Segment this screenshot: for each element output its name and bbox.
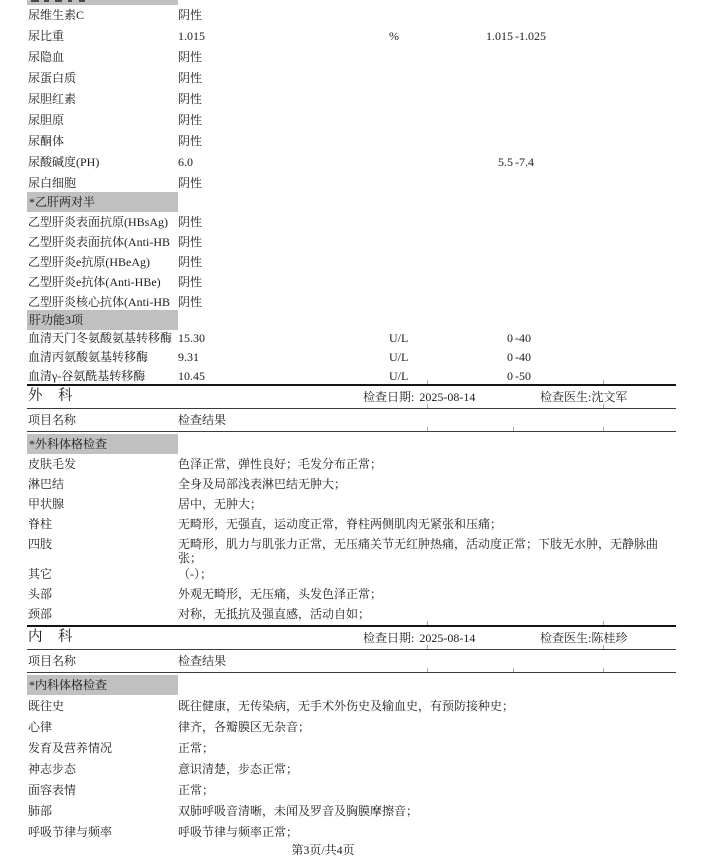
test-ref-high: -40 <box>513 329 531 348</box>
lab-test-row: 尿胆原 阴性 <box>0 110 702 131</box>
section-divider <box>27 384 676 386</box>
lab-test-row: 尿隐血 阴性 <box>0 47 702 68</box>
test-unit <box>385 47 478 68</box>
test-ref-high <box>513 272 515 292</box>
lab-test-row: 乙型肝炎e抗体(Anti-HBe) 阴性 <box>0 272 702 292</box>
lab-test-row: 乙型肝炎e抗原(HBeAg) 阴性 <box>0 252 702 272</box>
test-ref-low <box>478 272 513 292</box>
exam-item-result: 无畸形，无强直，运动度正常，脊柱两侧肌肉无紧张和压痛； <box>178 518 676 535</box>
test-ref-high <box>513 5 515 26</box>
lab-test-row: 尿蛋白质 阴性 <box>0 68 702 89</box>
column-item-name: 项目名称 <box>28 651 178 671</box>
test-ref-low <box>478 292 513 312</box>
test-name: 尿酸碱度(PH) <box>28 152 178 173</box>
exam-item-row: 发育及营养情况 正常； <box>0 738 702 759</box>
exam-item-result: 正常； <box>178 742 676 759</box>
exam-item-name: 既往史 <box>28 700 178 717</box>
test-result: 阴性 <box>178 272 385 292</box>
test-result: 15.30 <box>178 329 385 348</box>
test-ref-high <box>513 47 515 68</box>
column-headers: 项目名称 检查结果 <box>0 651 702 671</box>
test-ref-high <box>513 232 515 252</box>
lab-test-row: 尿比重 1.015 % 1.015 -1.025 <box>0 26 702 47</box>
test-unit <box>385 68 478 89</box>
test-result: 阴性 <box>178 232 385 252</box>
test-unit: % <box>385 26 478 47</box>
test-unit: U/L <box>385 348 478 367</box>
test-ref-high <box>513 292 515 312</box>
test-unit <box>385 272 478 292</box>
test-ref-low <box>478 232 513 252</box>
lab-test-row: 血清丙氨酸氨基转移酶 9.31 U/L 0 -40 <box>0 348 702 367</box>
test-unit <box>385 173 478 194</box>
lab-test-row: 尿白细胞 阴性 <box>0 173 702 194</box>
test-name: 血清丙氨酸氨基转移酶 <box>28 348 178 367</box>
test-ref-low <box>478 131 513 152</box>
lab-test-row: 尿酸碱度(PH) 6.0 5.5 -7.4 <box>0 152 702 173</box>
test-name: 尿胆红素 <box>28 89 178 110</box>
exam-doctor-name: 陈桂珍 <box>591 631 627 645</box>
test-ref-low <box>478 173 513 194</box>
exam-item-result: 既往健康，无传染病，无手术外伤史及输血史，有预防接种史； <box>178 700 676 717</box>
exam-item-row: 既往史 既往健康，无传染病，无手术外伤史及输血史，有预防接种史； <box>0 696 702 717</box>
test-unit <box>385 292 478 312</box>
test-unit <box>385 131 478 152</box>
exam-item-result: 正常； <box>178 784 676 801</box>
test-ref-high <box>513 173 515 194</box>
test-unit <box>385 152 478 173</box>
test-name: 乙型肝炎表面抗体(Anti-HB <box>28 232 178 252</box>
test-result: 阴性 <box>178 131 385 152</box>
exam-item-result: 色泽正常，弹性良好；毛发分布正常； <box>178 458 676 475</box>
liver-test-rows: 血清天门冬氨酸氨基转移酶 15.30 U/L 0 -40 血清丙氨酸氨基转移酶 … <box>0 329 702 386</box>
test-ref-low <box>478 252 513 272</box>
section-title: 外 科 <box>28 386 73 406</box>
exam-item-row: 颈部 对称，无抵抗及强直感，活动自如； <box>0 605 702 625</box>
exam-item-name: 头部 <box>28 588 178 605</box>
surgery-section-header: 外 科 检查日期:2025-08-14 检查医生:沈文军 <box>0 387 702 407</box>
lab-test-row: 乙型肝炎表面抗体(Anti-HB 阴性 <box>0 232 702 252</box>
group-header-surgery-physical-exam: *外科体格检查 <box>27 434 178 454</box>
section-title: 内 科 <box>28 627 73 647</box>
test-ref-low <box>478 68 513 89</box>
internal-section-header: 内 科 检查日期:2025-08-14 检查医生:陈桂珍 <box>0 628 702 648</box>
test-unit <box>385 5 478 26</box>
test-result: 9.31 <box>178 348 385 367</box>
test-ref-high <box>513 89 515 110</box>
exam-date-label: 检查日期: <box>363 631 414 645</box>
exam-item-row: 面容表情 正常； <box>0 780 702 801</box>
exam-date: 检查日期:2025-08-14 <box>363 628 475 648</box>
test-name: 乙型肝炎表面抗原(HBsAg) <box>28 212 178 232</box>
test-ref-high: -7.4 <box>513 152 534 173</box>
test-result: 阴性 <box>178 252 385 272</box>
exam-doctor-label: 检查医生: <box>540 631 591 645</box>
test-result: 阴性 <box>178 292 385 312</box>
exam-item-name: 淋巴结 <box>28 478 178 495</box>
exam-doctor-label: 检查医生: <box>540 390 591 404</box>
exam-item-result: 外观无畸形，无压痛，头发色泽正常； <box>178 588 676 605</box>
exam-item-result: 双肺呼吸音清晰，未闻及罗音及胸膜摩擦音； <box>178 805 676 822</box>
lab-test-row: 尿维生素C 阴性 <box>0 5 702 26</box>
lab-test-row: 尿酮体 阴性 <box>0 131 702 152</box>
test-ref-high <box>513 131 515 152</box>
test-name: 乙型肝炎e抗体(Anti-HBe) <box>28 272 178 292</box>
test-name: 尿胆原 <box>28 110 178 131</box>
urine-test-rows: 尿维生素C 阴性 尿比重 1.015 % 1.015 -1.025 尿隐血 <box>0 5 702 194</box>
test-unit: U/L <box>385 329 478 348</box>
group-header-internal-physical-exam: *内科体格检查 <box>27 675 178 695</box>
hepatitis-test-rows: 乙型肝炎表面抗原(HBsAg) 阴性 乙型肝炎表面抗体(Anti-HB 阴性 乙… <box>0 212 702 312</box>
test-ref-low: 5.5 <box>478 152 513 173</box>
column-header-divider <box>27 672 676 673</box>
test-unit <box>385 110 478 131</box>
exam-item-result: 无畸形，肌力与肌张力正常，无压痛关节无红肿热痛，活动度正常；下肢无水肿，无静脉曲… <box>178 538 676 565</box>
exam-item-result: 律齐，各瓣膜区无杂音； <box>178 721 676 738</box>
test-name: 尿酮体 <box>28 131 178 152</box>
exam-item-result: 居中，无肿大； <box>178 498 676 515</box>
exam-item-row: 心律 律齐，各瓣膜区无杂音； <box>0 717 702 738</box>
test-result: 阴性 <box>178 212 385 232</box>
test-unit <box>385 89 478 110</box>
test-ref-high <box>513 110 515 131</box>
lab-test-row: 乙型肝炎核心抗体(Anti-HB 阴性 <box>0 292 702 312</box>
exam-item-row: 四肢 无畸形，肌力与肌张力正常，无压痛关节无红肿热痛，活动度正常；下肢无水肿，无… <box>0 535 702 565</box>
exam-item-name: 发育及营养情况 <box>28 742 178 759</box>
exam-item-row: 脊柱 无畸形，无强直，运动度正常，脊柱两侧肌肉无紧张和压痛； <box>0 515 702 535</box>
test-unit <box>385 252 478 272</box>
exam-item-row: 其它 （-）； <box>0 565 702 585</box>
exam-item-row: 神志步态 意识清楚，步态正常； <box>0 759 702 780</box>
test-result: 1.015 <box>178 26 385 47</box>
medical-report-page: 尿维生素C 阴性 尿比重 1.015 % 1.015 -1.025 尿隐血 <box>0 0 702 861</box>
test-result: 阴性 <box>178 173 385 194</box>
test-result: 6.0 <box>178 152 385 173</box>
exam-item-row: 甲状腺 居中，无肿大； <box>0 495 702 515</box>
exam-item-name: 颈部 <box>28 608 178 625</box>
test-ref-high <box>513 68 515 89</box>
exam-item-name: 神志步态 <box>28 763 178 780</box>
exam-item-row: 淋巴结 全身及局部浅表淋巴结无肿大； <box>0 475 702 495</box>
test-unit <box>385 212 478 232</box>
exam-item-row: 头部 外观无畸形，无压痛，头发色泽正常； <box>0 585 702 605</box>
exam-item-row: 呼吸节律与频率 呼吸节律与频率正常； <box>0 822 702 843</box>
column-exam-result: 检查结果 <box>178 651 226 671</box>
exam-date: 检查日期:2025-08-14 <box>363 387 475 407</box>
test-result: 阴性 <box>178 47 385 68</box>
test-unit <box>385 232 478 252</box>
exam-date-value: 2025-08-14 <box>419 390 475 404</box>
test-name: 乙型肝炎e抗原(HBeAg) <box>28 252 178 272</box>
test-ref-high: -1.025 <box>513 26 546 47</box>
exam-item-name: 心律 <box>28 721 178 738</box>
test-ref-high <box>513 252 515 272</box>
header-divider <box>27 408 676 409</box>
test-ref-low <box>478 212 513 232</box>
test-name: 尿比重 <box>28 26 178 47</box>
test-result: 阴性 <box>178 89 385 110</box>
exam-doctor: 检查医生:陈桂珍 <box>540 628 627 648</box>
test-result: 阴性 <box>178 68 385 89</box>
test-ref-low: 0 <box>478 329 513 348</box>
internal-exam-rows: 既往史 既往健康，无传染病，无手术外伤史及输血史，有预防接种史； 心律 律齐，各… <box>0 696 702 843</box>
test-name: 尿白细胞 <box>28 173 178 194</box>
section-divider <box>27 625 676 627</box>
exam-doctor: 检查医生:沈文军 <box>540 387 627 407</box>
column-header-divider <box>27 431 676 432</box>
section-header-hepatitis-panel: *乙肝两对半 <box>27 192 178 212</box>
exam-date-label: 检查日期: <box>363 390 414 404</box>
test-name: 尿蛋白质 <box>28 68 178 89</box>
exam-item-row: 肺部 双肺呼吸音清晰，未闻及罗音及胸膜摩擦音； <box>0 801 702 822</box>
test-name: 乙型肝炎核心抗体(Anti-HB <box>28 292 178 312</box>
section-header-liver-function: 肝功能3项 <box>27 310 178 330</box>
surgery-exam-rows: 皮肤毛发 色泽正常，弹性良好；毛发分布正常； 淋巴结 全身及局部浅表淋巴结无肿大… <box>0 455 702 625</box>
test-ref-low <box>478 89 513 110</box>
exam-item-name: 脊柱 <box>28 518 178 535</box>
exam-item-row: 皮肤毛发 色泽正常，弹性良好；毛发分布正常； <box>0 455 702 475</box>
lab-test-row: 血清天门冬氨酸氨基转移酶 15.30 U/L 0 -40 <box>0 329 702 348</box>
test-result: 阴性 <box>178 5 385 26</box>
test-ref-low: 0 <box>478 348 513 367</box>
test-ref-low <box>478 5 513 26</box>
column-headers: 项目名称 检查结果 <box>0 410 702 430</box>
exam-item-name: 其它 <box>28 568 178 585</box>
header-divider <box>27 649 676 650</box>
exam-item-result: （-）； <box>178 568 676 585</box>
exam-item-result: 全身及局部浅表淋巴结无肿大； <box>178 478 676 495</box>
test-ref-high: -40 <box>513 348 531 367</box>
column-item-name: 项目名称 <box>28 410 178 430</box>
page-number: 第3页/共4页 <box>0 841 646 858</box>
exam-doctor-name: 沈文军 <box>591 390 627 404</box>
exam-item-result: 意识清楚，步态正常； <box>178 763 676 780</box>
exam-item-name: 甲状腺 <box>28 498 178 515</box>
test-ref-low: 1.015 <box>478 26 513 47</box>
exam-item-name: 皮肤毛发 <box>28 458 178 475</box>
test-result: 阴性 <box>178 110 385 131</box>
test-ref-low <box>478 110 513 131</box>
test-name: 血清天门冬氨酸氨基转移酶 <box>28 329 178 348</box>
exam-item-name: 面容表情 <box>28 784 178 801</box>
exam-item-name: 四肢 <box>28 538 178 565</box>
test-name: 尿维生素C <box>28 5 178 26</box>
lab-test-row: 乙型肝炎表面抗原(HBsAg) 阴性 <box>0 212 702 232</box>
lab-test-row: 尿胆红素 阴性 <box>0 89 702 110</box>
exam-date-value: 2025-08-14 <box>419 631 475 645</box>
test-ref-low <box>478 47 513 68</box>
test-name: 尿隐血 <box>28 47 178 68</box>
exam-item-name: 肺部 <box>28 805 178 822</box>
column-exam-result: 检查结果 <box>178 410 226 430</box>
test-ref-high <box>513 212 515 232</box>
